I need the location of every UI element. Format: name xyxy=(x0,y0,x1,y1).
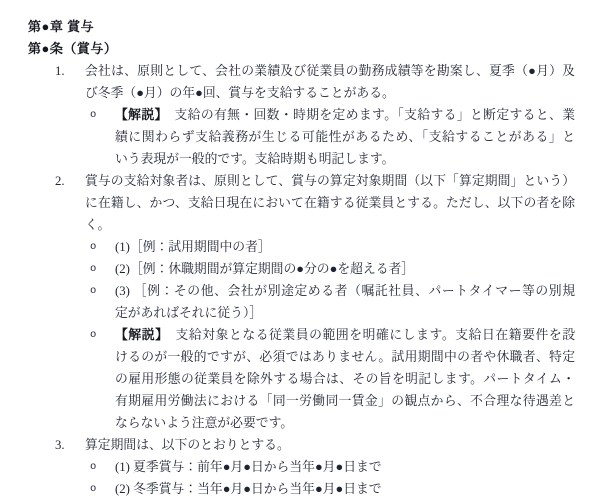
text-line: ならないよう注意が必要です。 xyxy=(115,412,575,434)
text-line: (1) 夏季賞与：前年●月●日から当年●月●日まで xyxy=(115,456,575,478)
bullet-marker: o xyxy=(90,258,115,280)
bullet-marker: o xyxy=(90,236,115,258)
text-line: 賞与の支給対象者は、原則として、賞与の算定対象期間（以下「算定期間」という） xyxy=(85,170,575,192)
sub-list-item: o(2)［例：休職期間が算定期間の●分の●を超える者］ xyxy=(28,258,575,280)
text-line: く。 xyxy=(85,214,575,236)
clause-text: (1) 夏季賞与：前年●月●日から当年●月●日まで xyxy=(115,456,575,478)
commentary-text: 【解説】 支給の有無・回数・時期を定めます。「支給する」と断定すると、業績に関わ… xyxy=(115,104,575,170)
commentary-text: 【解説】 支給対象となる従業員の範囲を明確にします。支給日在籍要件を設けるのが一… xyxy=(115,324,575,434)
text-line: いう表現が一般的です。支給時期も明記します。 xyxy=(115,148,575,170)
clause-text: (2) 冬季賞与：当年●月●日から当年●月●日まで xyxy=(115,478,575,500)
text-line: び冬季（●月）の年●回、賞与を支給することがある。 xyxy=(85,82,575,104)
clause-text: 賞与の支給対象者は、原則として、賞与の算定対象期間（以下「算定期間」という）に在… xyxy=(85,170,575,236)
clause-text: 算定期間は、以下のとおりとする。 xyxy=(85,434,575,456)
text-line: に在籍し、かつ、支給日現在において在籍する従業員とする。ただし、以下の者を除 xyxy=(85,192,575,214)
text-line: (3) ［例：その他、会社が別途定める者（嘱託社員、パートタイマー等の別規 xyxy=(115,280,575,302)
text-line: (2) 冬季賞与：当年●月●日から当年●月●日まで xyxy=(115,478,575,500)
numbered-clause: 1.会社は、原則として、会社の業績及び従業員の勤務成績等を勘案し、夏季（●月）及… xyxy=(28,60,575,104)
text-line: (1)［例：試用期間中の者］ xyxy=(115,236,575,258)
commentary-item: o【解説】 支給の有無・回数・時期を定めます。「支給する」と断定すると、業績に関… xyxy=(28,104,575,170)
article-heading: 第●条（賞与） xyxy=(28,38,575,60)
clause-number: 2. xyxy=(55,170,85,192)
text-line: の雇用形態の従業員を除外する場合は、その旨を明記します。パートタイム・ xyxy=(115,368,575,390)
text-line: 績に関わらず支給義務が生じる可能性があるため、「支給することがある」と xyxy=(115,126,575,148)
bullet-marker: o xyxy=(90,280,115,302)
text-line: 有期雇用労働法における「同一労働同一賃金」の観点から、不合理な待遇差と xyxy=(115,390,575,412)
text-line: 定があればそれに従う）］ xyxy=(115,302,575,324)
clause-number: 1. xyxy=(55,60,85,82)
numbered-clause: 3.算定期間は、以下のとおりとする。 xyxy=(28,434,575,456)
text-line: 【解説】 支給の有無・回数・時期を定めます。「支給する」と断定すると、業 xyxy=(115,104,575,126)
clause-text: (2)［例：休職期間が算定期間の●分の●を超える者］ xyxy=(115,258,575,280)
bullet-marker: o xyxy=(90,104,115,126)
clause-number: 3. xyxy=(55,434,85,456)
bullet-marker: o xyxy=(90,478,115,500)
numbered-clause: 2.賞与の支給対象者は、原則として、賞与の算定対象期間（以下「算定期間」という）… xyxy=(28,170,575,236)
sub-list-item: o(2) 冬季賞与：当年●月●日から当年●月●日まで xyxy=(28,478,575,500)
text-line: 【解説】 支給対象となる従業員の範囲を明確にします。支給日在籍要件を設 xyxy=(115,324,575,346)
commentary-label: 【解説】 xyxy=(115,108,161,122)
commentary-item: o【解説】 支給対象となる従業員の範囲を明確にします。支給日在籍要件を設けるのが… xyxy=(28,324,575,434)
text-line: けるのが一般的ですが、必須ではありません。試用期間中の者や休職者、特定 xyxy=(115,346,575,368)
sub-list-item: o(1)［例：試用期間中の者］ xyxy=(28,236,575,258)
bullet-marker: o xyxy=(90,324,115,346)
sub-list-item: o(3) ［例：その他、会社が別途定める者（嘱託社員、パートタイマー等の別規定が… xyxy=(28,280,575,324)
clause-text: 会社は、原則として、会社の業績及び従業員の勤務成績等を勘案し、夏季（●月）及び冬… xyxy=(85,60,575,104)
sub-list-item: o(1) 夏季賞与：前年●月●日から当年●月●日まで xyxy=(28,456,575,478)
text-line: (2)［例：休職期間が算定期間の●分の●を超える者］ xyxy=(115,258,575,280)
chapter-heading: 第●章 賞与 xyxy=(28,16,575,38)
clause-text: (1)［例：試用期間中の者］ xyxy=(115,236,575,258)
text-line: 会社は、原則として、会社の業績及び従業員の勤務成績等を勘案し、夏季（●月）及 xyxy=(85,60,575,82)
text-line: 算定期間は、以下のとおりとする。 xyxy=(85,434,575,456)
bullet-marker: o xyxy=(90,456,115,478)
clause-text: (3) ［例：その他、会社が別途定める者（嘱託社員、パートタイマー等の別規定があ… xyxy=(115,280,575,324)
document-page: 第●章 賞与 第●条（賞与） 1.会社は、原則として、会社の業績及び従業員の勤務… xyxy=(0,0,599,501)
commentary-label: 【解説】 xyxy=(115,328,162,342)
clause-list: 1.会社は、原則として、会社の業績及び従業員の勤務成績等を勘案し、夏季（●月）及… xyxy=(28,60,575,500)
